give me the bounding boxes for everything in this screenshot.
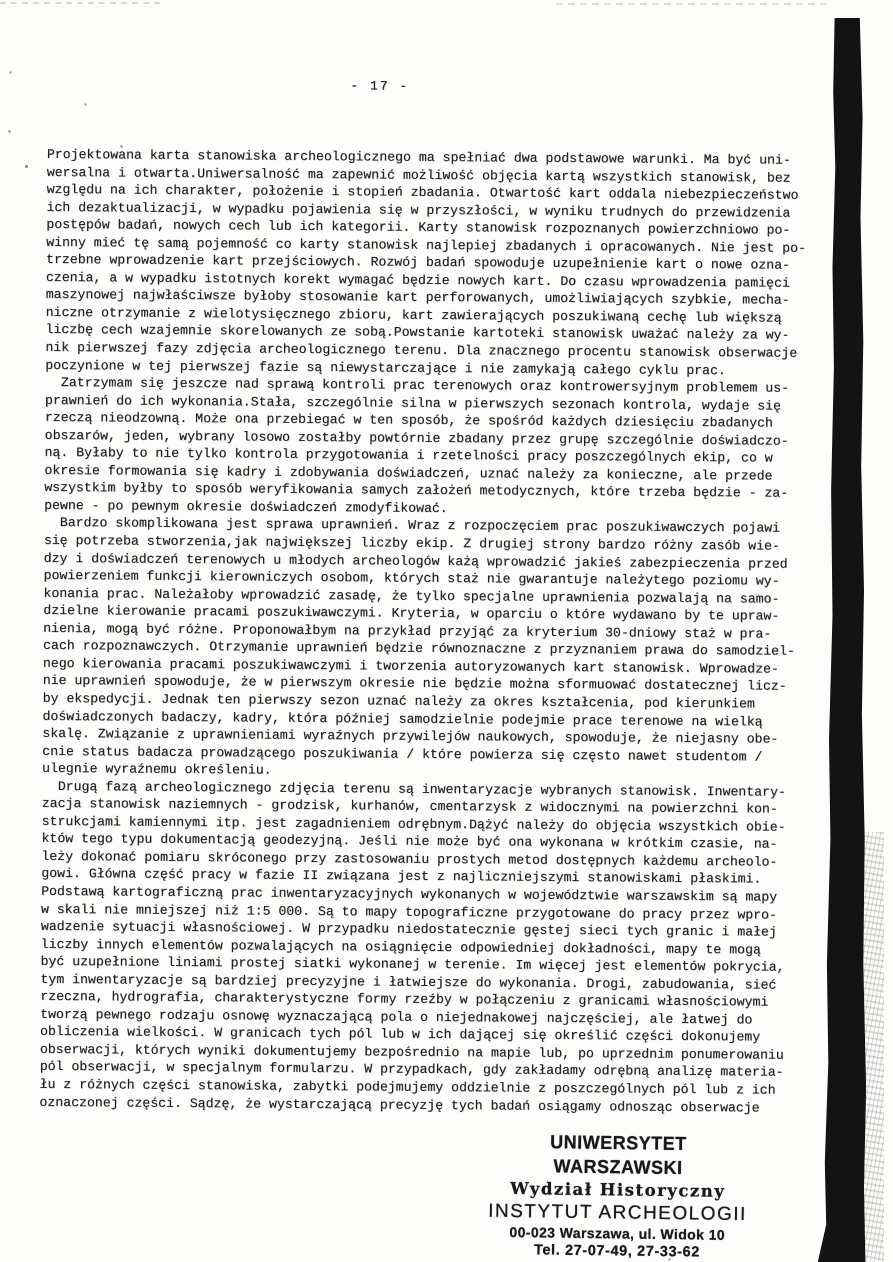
document-content: - 17 - Projektowana karta stanowiska arc… (0, 0, 893, 1262)
stamp-institute-name: INSTYTUT ARCHEOLOGII (484, 1200, 750, 1226)
document-body: Projektowana karta stanowiska archeologi… (39, 146, 847, 1117)
stamp-address: 00-023 Warszawa, ul. Widok 10 (484, 1223, 750, 1244)
paragraph: Drugą fazą archeologicznego zdjęcia tere… (39, 778, 842, 1118)
scanned-page: - 17 - Projektowana karta stanowiska arc… (0, 0, 893, 1262)
paragraph: Zatrzymam się jeszcze nad sprawą kontrol… (44, 374, 845, 521)
paragraph: Bardzo skomplikowana jest sprawa uprawni… (42, 514, 844, 783)
stamp-university-name: UNIWERSYTET WARSZAWSKI (485, 1130, 752, 1182)
page-number: - 17 - (350, 78, 409, 93)
stamp-phone: Tel. 27-07-49, 27-33-62 (484, 1241, 750, 1262)
paragraph: Projektowana karta stanowiska archeologi… (45, 146, 847, 380)
institution-stamp: UNIWERSYTET WARSZAWSKI Wydział Historycz… (484, 1131, 752, 1262)
